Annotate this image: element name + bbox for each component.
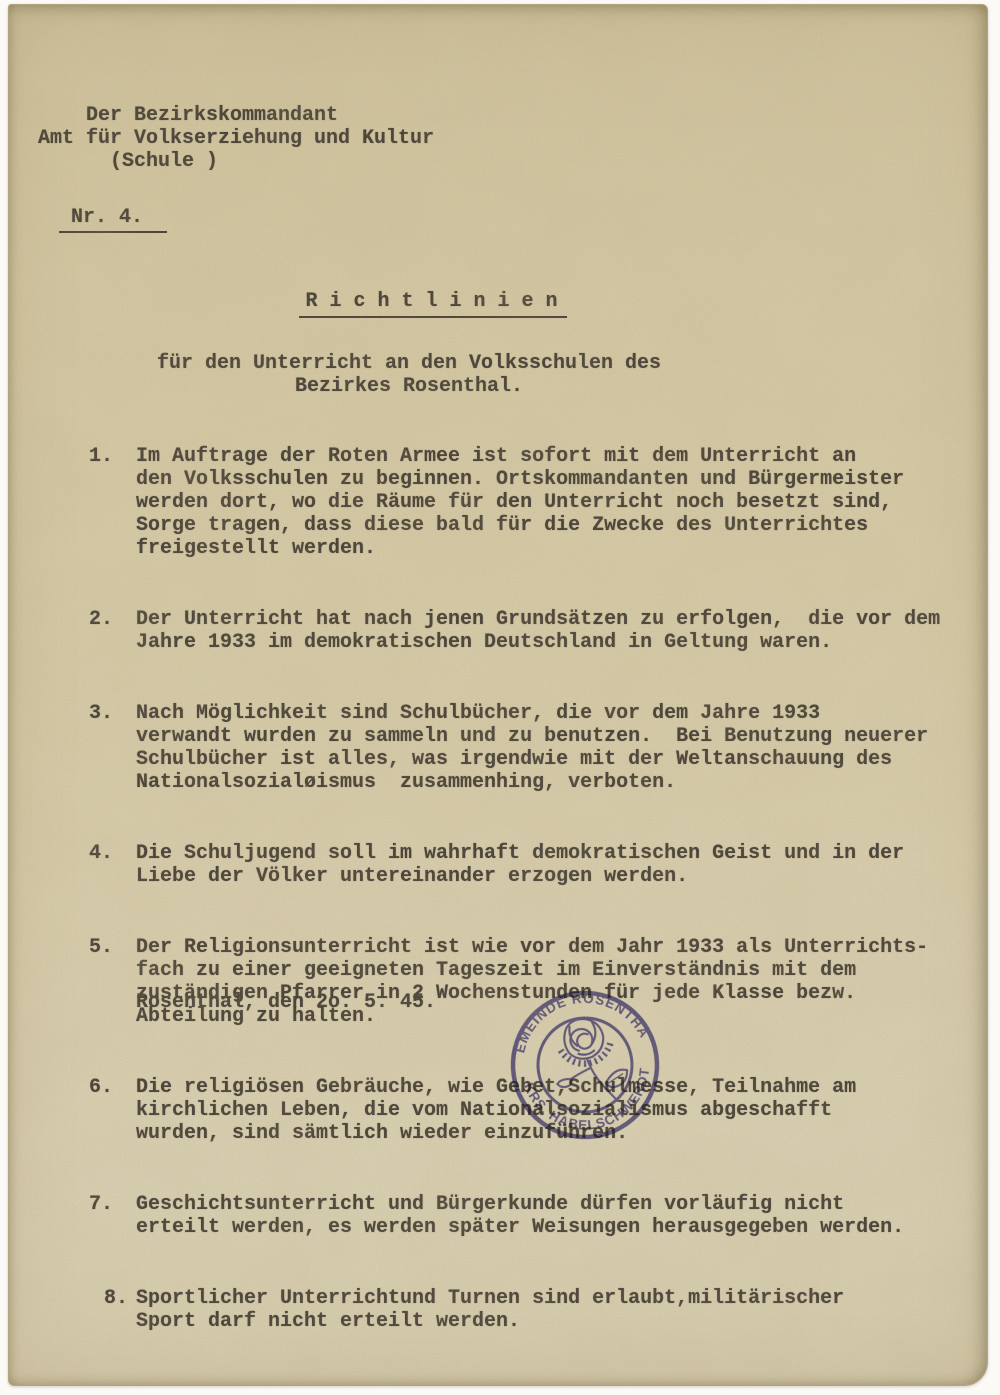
list-item: 4. Die Schuljugend soll im wahrhaft demo… xyxy=(89,842,969,888)
item-number: 6. xyxy=(89,1076,136,1145)
item-text: Nach Möglichkeit sind Schulbücher, die v… xyxy=(136,702,928,794)
list-item: 2. Der Unterricht hat nach jenen Grundsä… xyxy=(89,608,969,654)
item-number: 1. xyxy=(89,445,136,560)
item-text: Die Schuljugend soll im wahrhaft demokra… xyxy=(136,842,904,888)
item-text: Sportlicher Unterrichtund Turnen sind er… xyxy=(136,1287,844,1333)
item-number: 4. xyxy=(89,842,136,888)
item-number: 5. xyxy=(89,936,136,1028)
doc-number: Nr. 4. xyxy=(59,206,167,233)
directive-list: 1. Im Auftrage der Roten Armee ist sofor… xyxy=(89,399,969,1381)
item-text: Der Unterricht hat nach jenen Grundsätze… xyxy=(136,608,940,654)
list-item: 1. Im Auftrage der Roten Armee ist sofor… xyxy=(89,445,969,560)
item-text: Im Auftrage der Roten Armee ist sofort m… xyxy=(136,445,904,560)
list-item: 8. Sportlicher Unterrichtund Turnen sind… xyxy=(89,1287,969,1333)
item-number: 8. xyxy=(89,1287,136,1333)
item-text: Geschichtsunterricht und Bürgerkunde dür… xyxy=(136,1193,904,1239)
item-number: 3. xyxy=(89,702,136,794)
doc-title: R i c h t l i n i e n xyxy=(299,290,566,318)
list-item: 7. Geschichtsunterricht und Bürgerkunde … xyxy=(89,1193,969,1239)
sender-block: Der Bezirkskommandant Amt für Volkserzie… xyxy=(38,104,434,173)
doc-subtitle: für den Unterricht an den Volksschulen d… xyxy=(129,352,689,398)
paper-sheet: Der Bezirkskommandant Amt für Volkserzie… xyxy=(8,4,988,1386)
official-stamp: GEMEINDE ROSENTHAL * KRS. HABELSCHWERDT … xyxy=(485,965,685,1165)
list-item: 3. Nach Möglichkeit sind Schulbücher, di… xyxy=(89,702,969,794)
item-number: 2. xyxy=(89,608,136,654)
item-number: 7. xyxy=(89,1193,136,1239)
rose-icon xyxy=(549,1014,631,1109)
date-line: Rosenthal, den 2o. 5. 45. xyxy=(136,991,436,1014)
